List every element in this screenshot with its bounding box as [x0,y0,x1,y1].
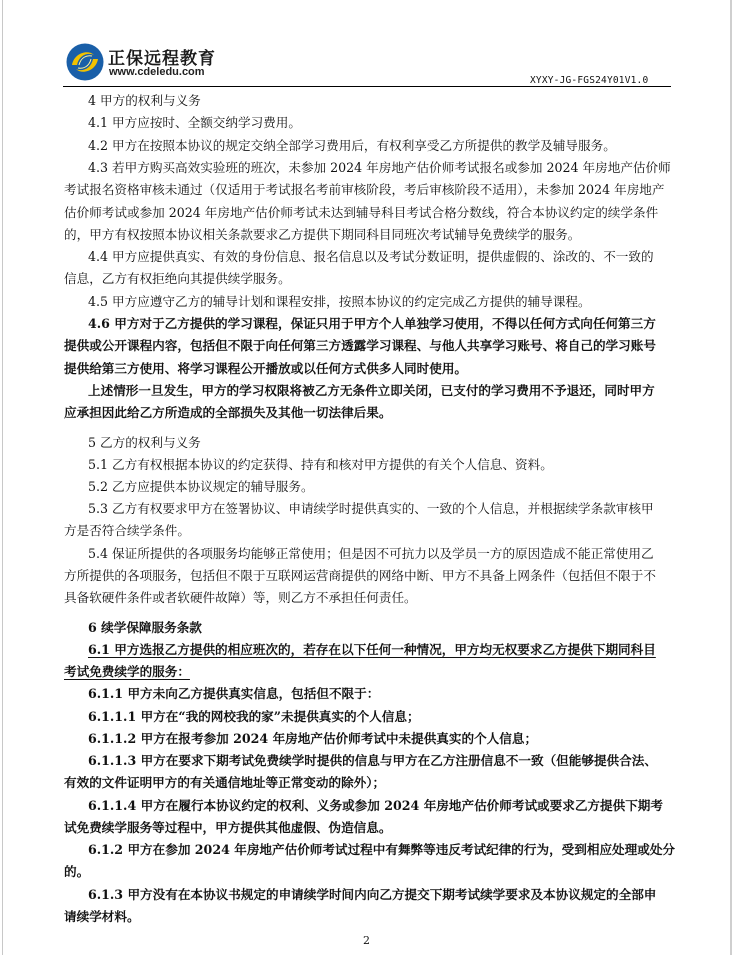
clause-4-2: 4.2 甲方在按照本协议的规定交纳全部学习费用后，有权利享受乙方所提供的教学及辅… [88,138,616,154]
clause-6-1-2-line2: 的。 [64,864,89,880]
clause-6-1-1-4-line1: 6.1.1.4 甲方在履行本协议约定的权利、义务或参加 2024 年房地产估价师… [88,798,663,814]
clause-5-4-line2: 方所提供的各项服务，包括但不限于互联网运营商提供的网络中断、甲方不具备上网条件（… [64,568,656,584]
clause-4-3-line1: 4.3 若甲方购买高效实验班的班次，未参加 2024 年房地产估价师考试报名或参… [88,160,671,176]
section-4-heading: 4 甲方的权利与义务 [88,93,201,109]
consequence-line2: 应承担因此给乙方所造成的全部损失及其他一切法律后果。 [64,405,391,421]
section-5-heading: 5 乙方的权利与义务 [88,435,201,451]
clause-5-3-line1: 5.3 乙方有权要求甲方在签署协议、申请续学时提供真实的、一致的个人信息，并根据… [88,501,654,517]
clause-6-1-line1: 6.1 甲方选报乙方提供的相应班次的，若存在以下任何一种情况，甲方均无权要求乙方… [88,642,656,658]
clause-6-1-1-3-line2: 有效的文件证明甲方的有关通信地址等正常变动的除外）； [64,775,385,791]
clause-4-6-line1: 4.6 甲方对于乙方提供的学习课程，保证只用于甲方个人单独学习使用，不得以任何方… [88,316,656,332]
brand-url: www.cdeledu.com [109,66,205,78]
header-rule [63,86,671,87]
clause-5-3-line2: 方是否符合续学条件。 [64,523,190,539]
section-6-heading: 6 续学保障服务条款 [88,620,202,636]
page-border-left [2,0,3,955]
clause-5-2: 5.2 乙方应提供本协议规定的辅导服务。 [88,479,314,495]
clause-4-5: 4.5 甲方应遵守乙方的辅导计划和课程安排，按照本协议的约定完成乙方提供的辅导课… [88,294,591,310]
cdeledu-logo-icon [66,43,104,81]
clause-6-1-1-2: 6.1.1.2 甲方在报考参加 2024 年房地产估价师考试中未提供真实的个人信… [88,731,537,747]
clause-6-1-3-line2: 请续学材料。 [64,909,140,925]
clause-5-1: 5.1 乙方有权根据本协议的约定获得、持有和核对甲方提供的有关个人信息、资料。 [88,457,553,473]
clause-6-1-line2: 考试免费续学的服务： [64,664,190,680]
page-number: 2 [363,934,370,947]
clause-5-4-line1: 5.4 保证所提供的各项服务均能够正常使用；但是因不可抗力以及学员一方的原因造成… [88,546,654,562]
clause-4-4-line1: 4.4 甲方应提供真实、有效的身份信息、报名信息以及考试分数证明，提供虚假的、涂… [88,249,654,265]
clause-4-1: 4.1 甲方应按时、全额交纳学习费用。 [88,115,301,131]
clause-4-3-line3: 估价师考试或参加 2024 年房地产估价师考试未达到辅导科目考试合格分数线，符合… [64,205,658,221]
clause-4-3-line4: 的，甲方有权按照本协议相关条款要求乙方提供下期同科目同班次考试辅导免费续学的服务… [64,227,580,243]
clause-6-1-2-line1: 6.1.2 甲方在参加 2024 年房地产估价师考试过程中有舞弊等违反考试纪律的… [88,842,675,858]
clause-6-1-1-1: 6.1.1.1 甲方在“我的网校我的家”未提供真实的个人信息； [88,709,420,725]
consequence-line1: 上述情形一旦发生，甲方的学习权限将被乙方无条件立即关闭，已支付的学习费用不予退还… [88,383,655,399]
clause-4-3-line2: 考试报名资格审核未通过（仅适用于考试报名考前审核阶段，考后审核阶段不适用），未参… [64,182,664,198]
clause-4-4-line2: 信息，乙方有权拒绝向其提供续学服务。 [64,271,291,287]
clause-4-6-line3: 提供给第三方使用、将学习课程公开播放或以任何方式供多人同时使用。 [64,361,467,377]
clause-5-4-line3: 具备软硬件条件或者软硬件故障）等，则乙方不承担任何责任。 [64,590,417,606]
clause-6-1-3-line1: 6.1.3 甲方没有在本协议书规定的申请续学时间内向乙方提交下期考试续学要求及本… [88,887,656,903]
clause-6-1-1: 6.1.1 甲方未向乙方提供真实信息，包括但不限于： [88,686,379,702]
page-border-right [730,0,732,955]
clause-6-1-1-3-line1: 6.1.1.3 甲方在要求下期考试免费续学时提供的信息与甲方在乙方注册信息不一致… [88,753,657,769]
clause-6-1-1-4-line2: 试免费续学服务等过程中，甲方提供其他虚假、伪造信息。 [64,820,391,836]
document-code: XYXY-JG-FGS24Y01V1.0 [530,75,648,86]
clause-4-6-line2: 提供或公开课程内容，包括但不限于向任何第三方透露学习课程、与他人共享学习账号、将… [64,338,656,354]
